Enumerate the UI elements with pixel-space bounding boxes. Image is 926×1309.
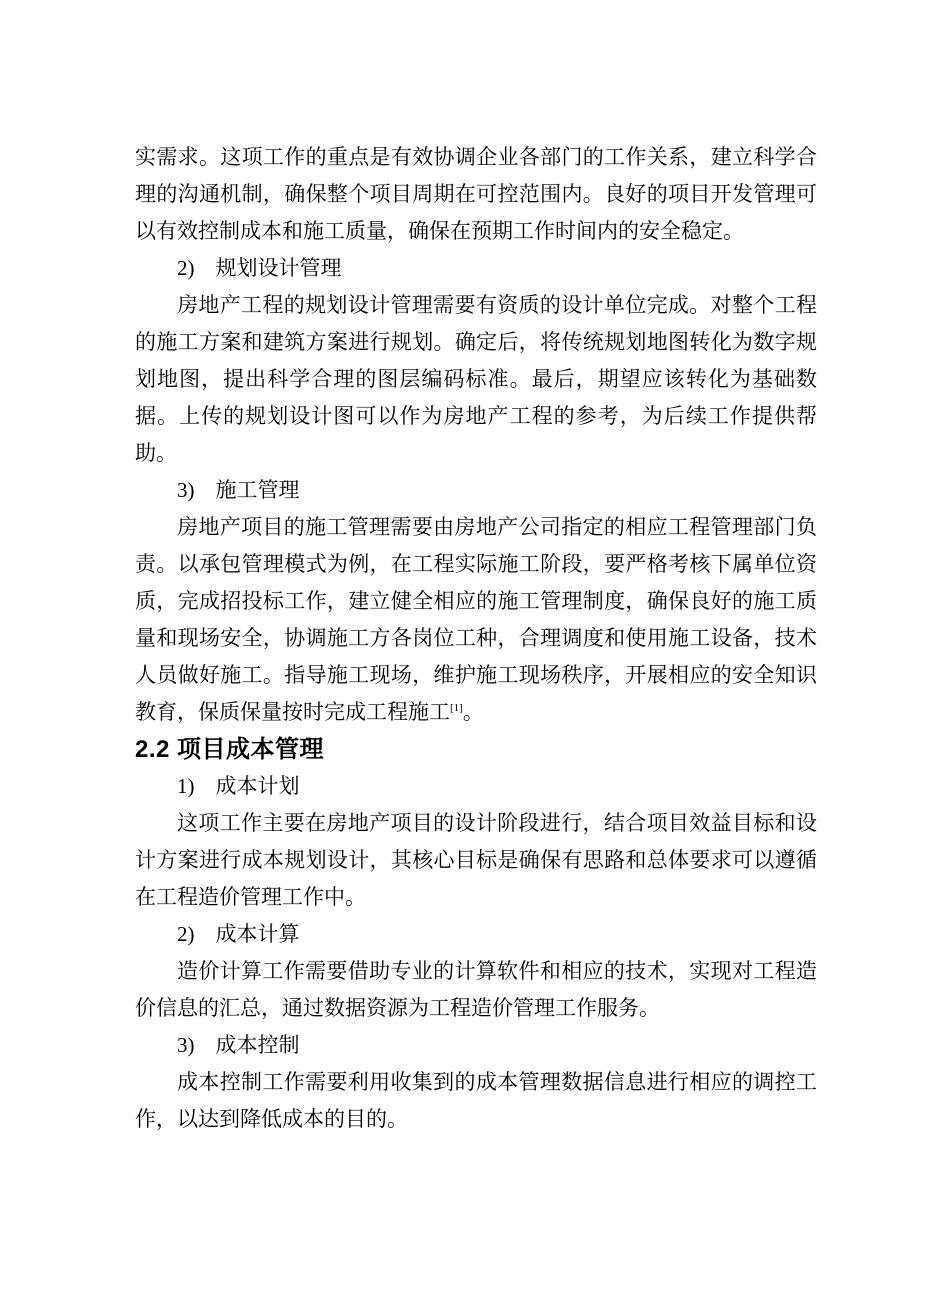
list-item: 3) 施工管理 [135, 472, 817, 509]
footnote-reference: [1] [450, 702, 463, 714]
text-run: 造价计算工作需要借助专业的计算软件和相应的技术，实现对工程造价信息的汇总，通过数… [135, 959, 817, 1020]
text-run: 2) 成本计算 [177, 922, 300, 946]
paragraph: 成本控制工作需要利用收集到的成本管理数据信息进行相应的调控工作，以达到降低成本的… [135, 1064, 817, 1138]
paragraph: 房地产工程的规划设计管理需要有资质的设计单位完成。对整个工程的施工方案和建筑方案… [135, 287, 817, 472]
text-run: 这项工作主要在房地产项目的设计阶段进行，结合项目效益目标和设计方案进行成本规划设… [135, 811, 817, 909]
list-item: 1) 成本计划 [135, 768, 817, 805]
list-item: 3) 成本控制 [135, 1027, 817, 1064]
paragraph: 房地产项目的施工管理需要由房地产公司指定的相应工程管理部门负责。以承包管理模式为… [135, 509, 817, 731]
list-item: 2) 成本计算 [135, 916, 817, 953]
paragraph: 造价计算工作需要借助专业的计算软件和相应的技术，实现对工程造价信息的汇总，通过数… [135, 953, 817, 1027]
list-item: 2) 规划设计管理 [135, 250, 817, 287]
document-body: 实需求。这项工作的重点是有效协调企业各部门的工作关系，建立科学合理的沟通机制，确… [135, 139, 817, 1138]
text-run: 3) 成本控制 [177, 1033, 300, 1057]
text-run: 成本控制工作需要利用收集到的成本管理数据信息进行相应的调控工作，以达到降低成本的… [135, 1070, 817, 1131]
text-run: 房地产项目的施工管理需要由房地产公司指定的相应工程管理部门负责。以承包管理模式为… [135, 515, 817, 724]
section-heading: 2.2 项目成本管理 [135, 731, 817, 768]
text-run: 2) 规划设计管理 [177, 256, 342, 280]
paragraph: 实需求。这项工作的重点是有效协调企业各部门的工作关系，建立科学合理的沟通机制，确… [135, 139, 817, 250]
text-run: 2.2 项目成本管理 [135, 736, 324, 763]
text-run: 实需求。这项工作的重点是有效协调企业各部门的工作关系，建立科学合理的沟通机制，确… [135, 145, 817, 243]
text-run: 3) 施工管理 [177, 478, 300, 502]
text-run: 。 [463, 700, 484, 724]
text-run: 房地产工程的规划设计管理需要有资质的设计单位完成。对整个工程的施工方案和建筑方案… [135, 293, 817, 465]
document-page: 实需求。这项工作的重点是有效协调企业各部门的工作关系，建立科学合理的沟通机制，确… [0, 0, 926, 1309]
text-run: 1) 成本计划 [177, 774, 300, 798]
paragraph: 这项工作主要在房地产项目的设计阶段进行，结合项目效益目标和设计方案进行成本规划设… [135, 805, 817, 916]
